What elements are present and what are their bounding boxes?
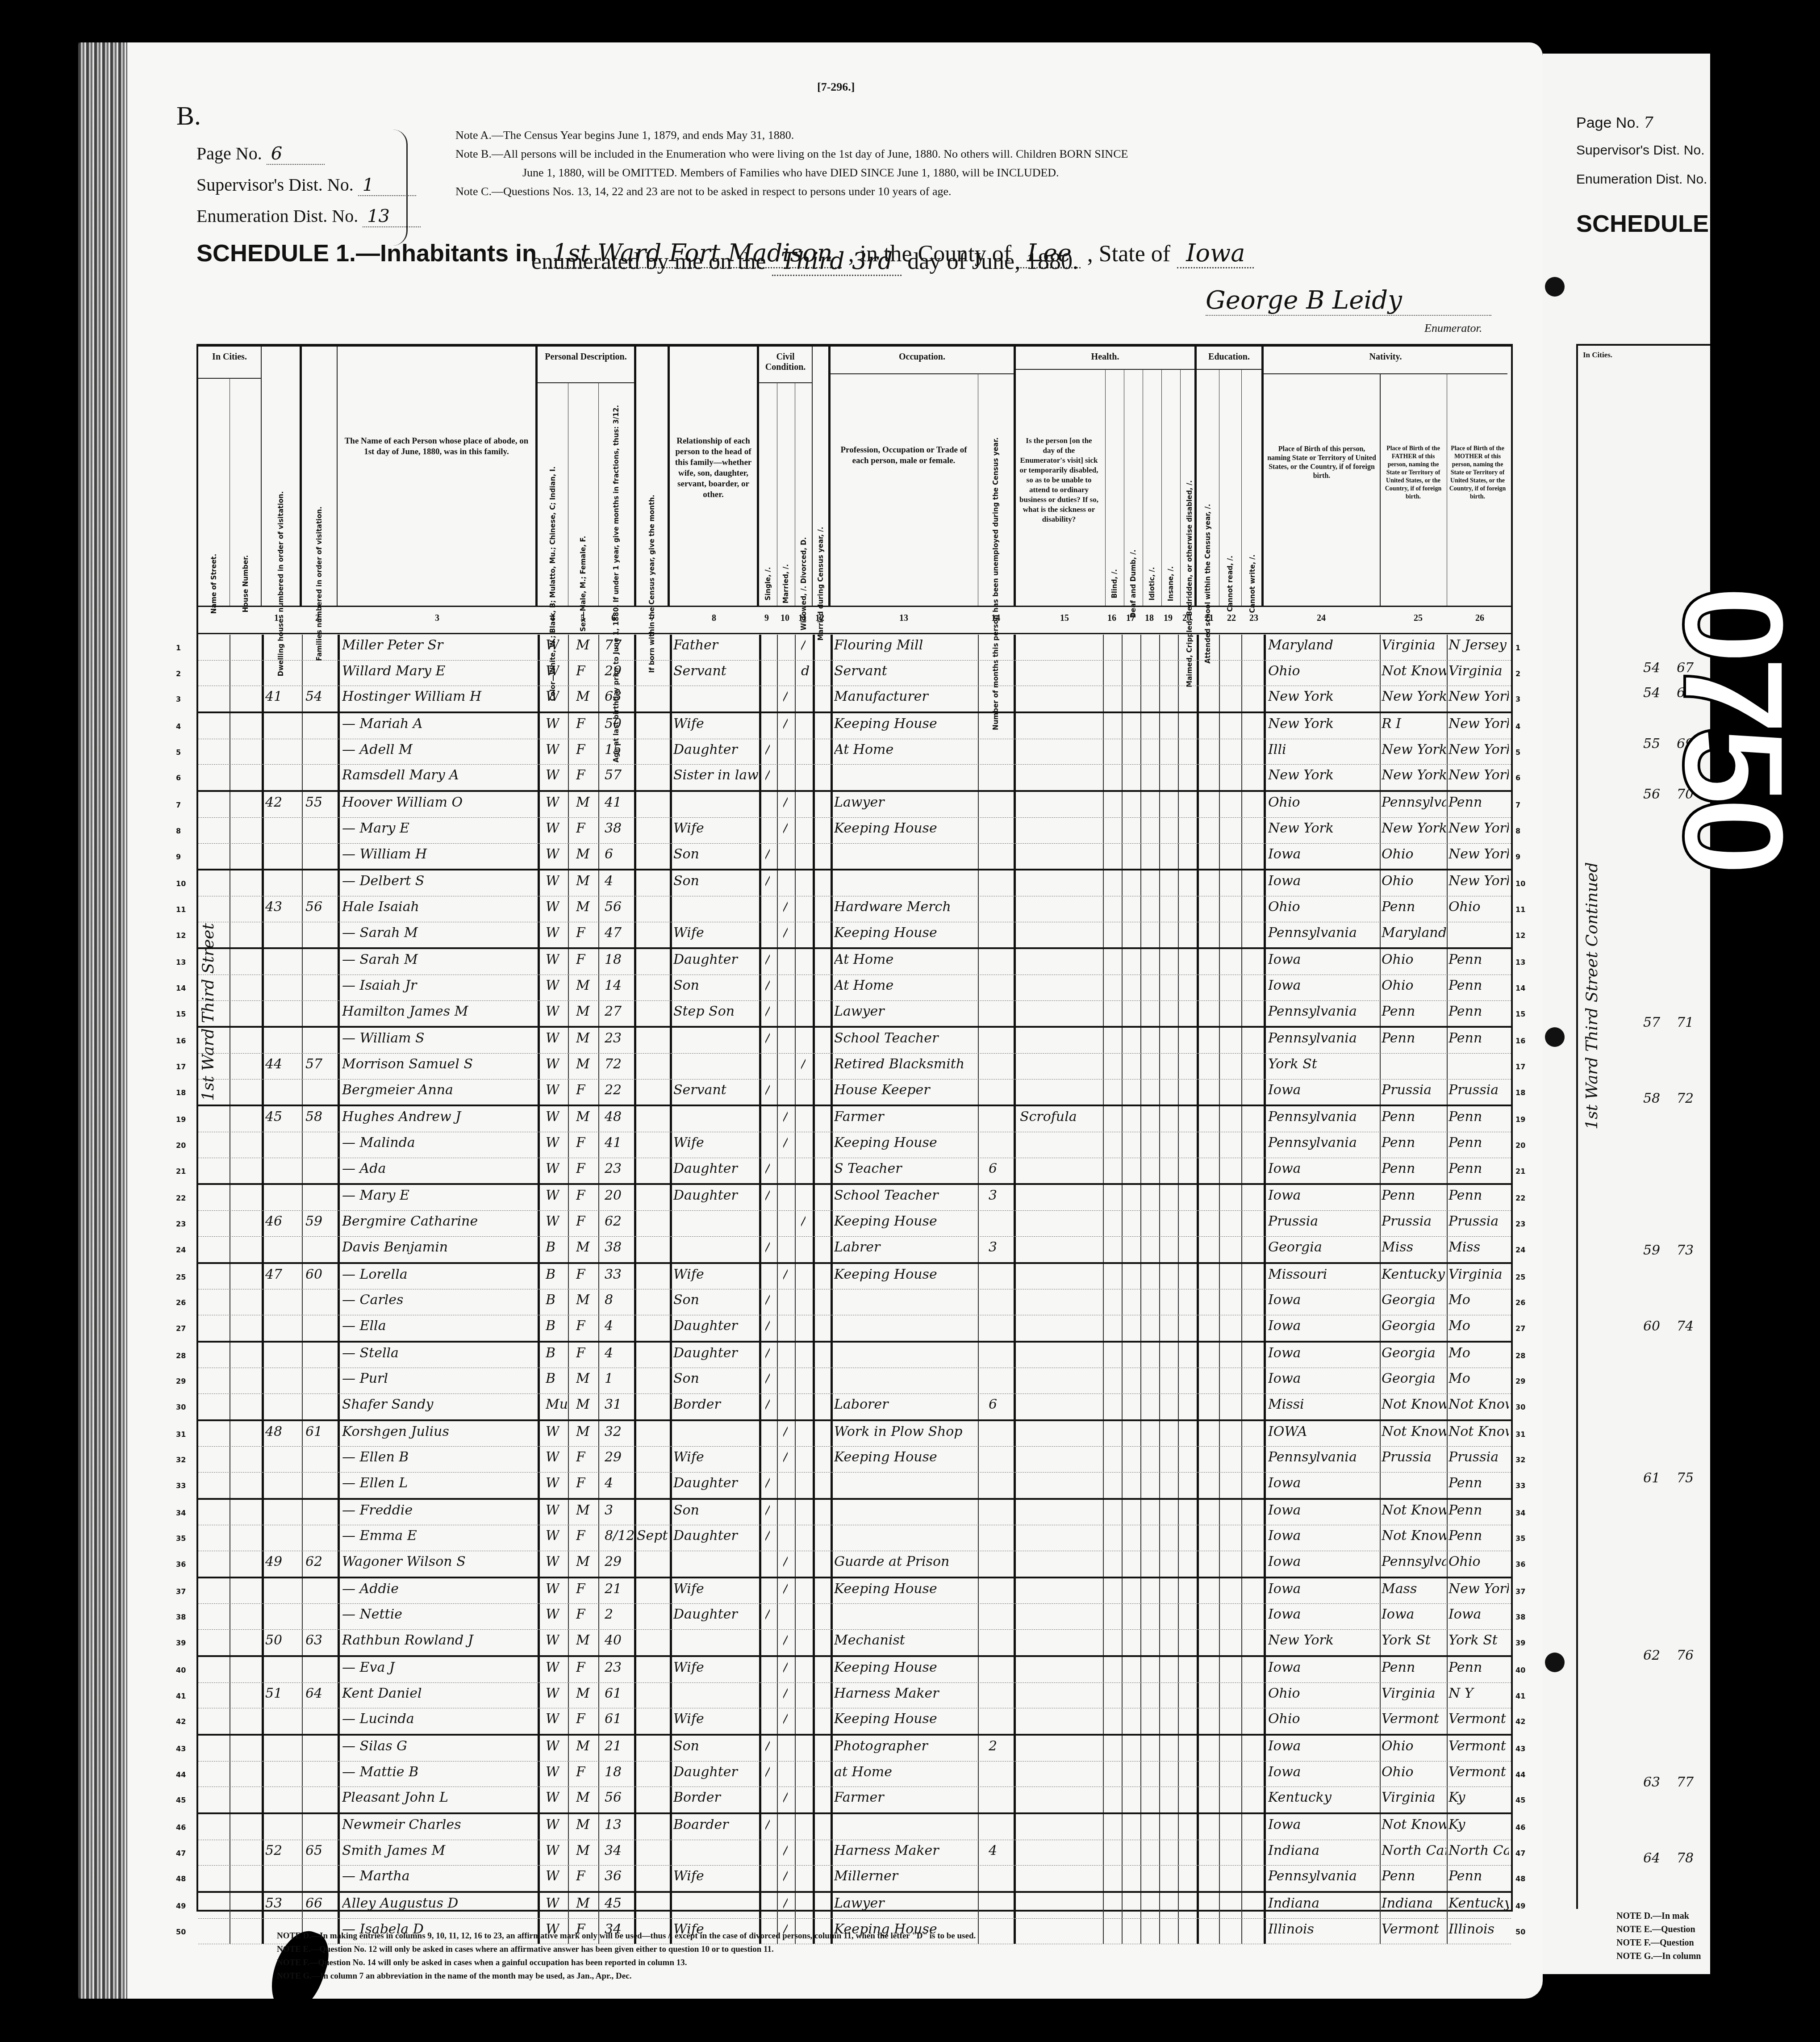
cell-mother-birth: N Jersey bbox=[1448, 637, 1509, 653]
column-divider bbox=[1159, 896, 1160, 922]
column-divider bbox=[831, 1630, 833, 1655]
occupation-col-label: Profession, Occupation or Trade of each … bbox=[834, 445, 973, 466]
table-row: 774255Hoover William OWM41/LawyerOhioPen… bbox=[198, 792, 1511, 818]
cell-birthplace: Georgia bbox=[1268, 1239, 1380, 1255]
column-divider bbox=[978, 1893, 979, 1918]
footnote-g: NOTE G.—In column 7 an abbreviation in t… bbox=[277, 1970, 1348, 1983]
column-divider bbox=[1014, 896, 1016, 922]
column-divider bbox=[670, 1866, 672, 1891]
column-divider bbox=[302, 949, 303, 975]
column-divider bbox=[1140, 1814, 1141, 1840]
column-divider bbox=[538, 1368, 540, 1393]
column-divider bbox=[1140, 1237, 1141, 1262]
column-divider bbox=[1219, 739, 1220, 765]
column-divider bbox=[1197, 635, 1199, 660]
column-divider bbox=[1197, 1551, 1199, 1577]
nativity-group-label: Nativity. bbox=[1264, 352, 1507, 362]
column-divider bbox=[813, 1708, 815, 1734]
column-divider bbox=[1241, 1001, 1242, 1026]
column-divider bbox=[262, 1866, 264, 1891]
column-divider bbox=[670, 1421, 672, 1447]
column-divider bbox=[1219, 713, 1220, 739]
cell-occupation: Keeping House bbox=[834, 1660, 977, 1675]
column-divider bbox=[1140, 661, 1141, 686]
table-row: 41415164Kent DanielWM61/Harness MakerOhi… bbox=[198, 1683, 1511, 1709]
column-divider bbox=[538, 1315, 540, 1341]
cell-married: / bbox=[783, 925, 788, 941]
column-divider bbox=[1264, 1158, 1266, 1184]
column-divider bbox=[978, 1368, 979, 1393]
column-divider bbox=[1159, 1394, 1160, 1419]
cell-birthplace: Pennsylvania bbox=[1268, 1868, 1380, 1884]
cell-sex: M bbox=[576, 1397, 590, 1412]
column-divider bbox=[1197, 1840, 1199, 1866]
table-row: 88— Mary EWF38Wife/Keeping HouseNew York… bbox=[198, 818, 1511, 844]
column-divider bbox=[831, 1604, 833, 1629]
column-divider bbox=[302, 1132, 303, 1158]
line-number-right: 35 bbox=[1515, 1534, 1525, 1543]
cell-age: 23 bbox=[605, 1660, 622, 1675]
column-divider bbox=[759, 1421, 761, 1447]
column-divider bbox=[302, 1447, 303, 1472]
column-divider bbox=[813, 818, 815, 843]
column-divider bbox=[1014, 1630, 1016, 1655]
column-divider bbox=[813, 1237, 815, 1262]
column-divider bbox=[978, 1683, 979, 1708]
column-divider bbox=[759, 1211, 761, 1236]
line-number: 27 bbox=[176, 1324, 186, 1333]
column-divider bbox=[831, 1421, 833, 1447]
cell-married: / bbox=[783, 716, 788, 732]
cell-sex: M bbox=[576, 1632, 590, 1648]
cell-father-birth: Penn bbox=[1382, 1660, 1446, 1675]
cell-color: B bbox=[546, 1371, 555, 1386]
cell-age: 61 bbox=[605, 1711, 622, 1727]
line-number: 34 bbox=[176, 1509, 186, 1517]
column-divider bbox=[1447, 1001, 1448, 1026]
column-divider bbox=[598, 1315, 599, 1341]
column-divider bbox=[598, 975, 599, 1000]
cell-age: 31 bbox=[605, 1397, 622, 1412]
cell-mother-birth: Mo bbox=[1448, 1292, 1509, 1308]
sickness-col-label: Is the person [on the day of the Enumera… bbox=[1019, 436, 1098, 524]
column-divider bbox=[262, 1421, 264, 1447]
column-divider bbox=[598, 1001, 599, 1026]
column-divider bbox=[777, 949, 778, 975]
cell-family: 57 bbox=[305, 1056, 322, 1072]
column-divider bbox=[568, 1657, 569, 1682]
column-divider bbox=[1197, 1237, 1199, 1262]
column-divider bbox=[1197, 818, 1199, 843]
column-divider bbox=[634, 1840, 636, 1866]
column-divider bbox=[1103, 1500, 1104, 1525]
column-divider bbox=[1447, 1080, 1448, 1105]
cell-birthplace: Ohio bbox=[1268, 1711, 1380, 1727]
column-divider bbox=[598, 922, 599, 948]
column-divider bbox=[538, 1158, 540, 1184]
cell-father-birth: Not Known bbox=[1382, 1817, 1446, 1833]
column-divider bbox=[302, 635, 303, 660]
column-divider bbox=[1197, 1421, 1199, 1447]
column-number-row: 1 2 3 4 5 6 7 8 9 10 11 12 13 14 15 16 1… bbox=[198, 606, 1511, 634]
column-divider bbox=[1140, 1132, 1141, 1158]
cell-name: — Mary E bbox=[342, 820, 534, 836]
column-divider bbox=[831, 1578, 833, 1604]
column-divider bbox=[1197, 1657, 1199, 1682]
column-divider bbox=[1122, 1132, 1123, 1158]
column-divider bbox=[1264, 844, 1266, 869]
health-group-label: Health. bbox=[1016, 352, 1194, 362]
column-divider bbox=[759, 1604, 761, 1629]
column-divider bbox=[1103, 1630, 1104, 1655]
column-divider bbox=[1264, 1343, 1266, 1368]
cell-birthplace: Maryland bbox=[1268, 637, 1380, 653]
table-row: 99— William HWM6Son/IowaOhioNew York bbox=[198, 844, 1511, 871]
cell-father-birth: New York bbox=[1382, 689, 1446, 704]
column-divider bbox=[1178, 792, 1179, 817]
table-row: 1414— Isaiah JrWM14Son/At HomeIowaOhioPe… bbox=[198, 975, 1511, 1001]
cell-name: Pleasant John L bbox=[342, 1790, 534, 1805]
column-divider bbox=[598, 1525, 599, 1551]
column-divider bbox=[338, 896, 340, 922]
cell-married: / bbox=[783, 1135, 788, 1151]
column-divider bbox=[230, 1343, 230, 1368]
column-divider bbox=[634, 686, 636, 711]
column-divider bbox=[538, 1814, 540, 1840]
column-divider bbox=[1122, 1525, 1123, 1551]
cell-age: 8 bbox=[605, 1292, 613, 1308]
column-divider bbox=[230, 1736, 230, 1761]
column-divider bbox=[831, 922, 833, 948]
cell-birthplace: Iowa bbox=[1268, 1292, 1380, 1308]
column-divider bbox=[1197, 975, 1199, 1000]
column-divider bbox=[538, 1421, 540, 1447]
column-divider bbox=[262, 1106, 264, 1132]
line-number-right: 43 bbox=[1515, 1745, 1525, 1753]
column-divider bbox=[1219, 661, 1220, 686]
column-divider bbox=[1178, 1578, 1179, 1604]
cell-single: / bbox=[765, 1502, 770, 1518]
column-divider bbox=[813, 1368, 815, 1393]
column-divider bbox=[1159, 739, 1160, 765]
column-divider bbox=[1159, 1132, 1160, 1158]
column-divider bbox=[1447, 818, 1448, 843]
cell-birthplace: Pennsylvania bbox=[1268, 1030, 1380, 1046]
cell-sex: M bbox=[576, 846, 590, 862]
col-num-18: 18 bbox=[1145, 613, 1154, 623]
column-divider bbox=[1380, 1421, 1381, 1447]
cell-dwelling: 50 bbox=[265, 1632, 282, 1648]
column-divider bbox=[634, 1132, 636, 1158]
sheet-letter: B. bbox=[176, 100, 201, 131]
line-number: 32 bbox=[176, 1456, 186, 1464]
column-divider bbox=[1380, 1158, 1381, 1184]
cell-married: / bbox=[783, 1868, 788, 1884]
cell-single: / bbox=[765, 1161, 770, 1176]
column-divider bbox=[302, 739, 303, 765]
cell-occupation: Keeping House bbox=[834, 1267, 977, 1282]
line-number-right: 15 bbox=[1515, 1010, 1525, 1018]
cell-age: 48 bbox=[605, 1109, 622, 1125]
column-divider bbox=[230, 1054, 230, 1079]
cell-age: 45 bbox=[605, 1896, 622, 1911]
column-divider bbox=[1140, 1315, 1141, 1341]
column-divider bbox=[1380, 896, 1381, 922]
column-divider bbox=[1219, 1368, 1220, 1393]
table-row: 11114356Hale IsaiahWM56/Hardware MerchOh… bbox=[198, 896, 1511, 922]
column-divider bbox=[1014, 870, 1016, 896]
column-divider bbox=[1447, 1630, 1448, 1655]
cell-widowed: / bbox=[801, 637, 806, 653]
column-divider bbox=[777, 1736, 778, 1761]
table-row: 4848— MarthaWF36Wife/MillernerPennsylvan… bbox=[198, 1866, 1511, 1893]
column-divider bbox=[634, 896, 636, 922]
column-divider bbox=[262, 949, 264, 975]
col-num-10: 10 bbox=[781, 613, 789, 623]
column-divider bbox=[598, 818, 599, 843]
column-divider bbox=[813, 1736, 815, 1761]
column-divider bbox=[262, 1264, 264, 1289]
column-divider bbox=[538, 686, 540, 711]
column-divider bbox=[262, 1132, 264, 1158]
cell-sex: F bbox=[576, 1607, 585, 1622]
column-divider bbox=[1122, 1657, 1123, 1682]
column-divider bbox=[1122, 1630, 1123, 1655]
column-divider bbox=[831, 1315, 833, 1341]
column-divider bbox=[759, 765, 761, 790]
column-divider bbox=[1380, 1551, 1381, 1577]
column-divider bbox=[634, 818, 636, 843]
column-divider bbox=[538, 1893, 540, 1918]
column-divider bbox=[568, 686, 569, 711]
column-divider bbox=[230, 1919, 230, 1944]
column-divider bbox=[1219, 1893, 1220, 1918]
column-divider bbox=[831, 1762, 833, 1787]
column-divider bbox=[978, 635, 979, 660]
column-divider bbox=[795, 1264, 796, 1289]
column-divider bbox=[634, 1106, 636, 1132]
cell-relation: Sister in law bbox=[673, 767, 758, 783]
civil-group-label: Civil Condition. bbox=[759, 352, 812, 372]
line-number: 49 bbox=[176, 1902, 186, 1910]
column-divider bbox=[230, 1185, 230, 1210]
cell-single: / bbox=[765, 1738, 770, 1754]
column-divider bbox=[1219, 1343, 1220, 1368]
column-divider bbox=[538, 922, 540, 948]
column-divider bbox=[1014, 1315, 1016, 1341]
column-divider bbox=[538, 1447, 540, 1472]
table-row: 22Willard Mary EWF29ServantdServantOhioN… bbox=[198, 661, 1511, 686]
column-divider bbox=[230, 1080, 230, 1105]
cell-birthplace: Prussia bbox=[1268, 1213, 1380, 1229]
column-divider bbox=[1241, 1368, 1242, 1393]
column-divider bbox=[1241, 818, 1242, 843]
column-divider bbox=[777, 1315, 778, 1341]
cell-mother-birth: Prussia bbox=[1448, 1449, 1509, 1465]
next-family-number: 78 bbox=[1677, 1850, 1708, 1866]
column-divider bbox=[777, 1237, 778, 1262]
column-divider bbox=[1178, 922, 1179, 948]
column-divider bbox=[795, 661, 796, 686]
column-divider bbox=[670, 975, 672, 1000]
cell-sex: M bbox=[576, 1030, 590, 1046]
column-divider bbox=[598, 1080, 599, 1105]
column-divider bbox=[1103, 739, 1104, 765]
cell-birthplace: New York bbox=[1268, 767, 1380, 783]
cell-sex: M bbox=[576, 1686, 590, 1701]
line-number: 16 bbox=[176, 1037, 186, 1045]
supervisor-label: Supervisor's Dist. No. bbox=[196, 175, 354, 195]
column-divider bbox=[759, 870, 761, 896]
column-divider bbox=[302, 870, 303, 896]
column-divider bbox=[598, 1289, 599, 1315]
column-divider bbox=[831, 844, 833, 869]
column-divider bbox=[1159, 1158, 1160, 1184]
column-divider bbox=[978, 1264, 979, 1289]
column-divider bbox=[831, 1500, 833, 1525]
column-divider bbox=[568, 1028, 569, 1053]
column-divider bbox=[1219, 1158, 1220, 1184]
cell-father-birth: Vermont bbox=[1382, 1921, 1446, 1937]
column-divider bbox=[670, 1736, 672, 1761]
column-divider bbox=[1159, 1893, 1160, 1918]
cell-relation: Servant bbox=[673, 1082, 758, 1098]
column-divider bbox=[670, 792, 672, 817]
column-divider bbox=[831, 1237, 833, 1262]
cell-color: W bbox=[546, 1109, 559, 1125]
column-divider bbox=[813, 1106, 815, 1132]
cell-married: / bbox=[783, 1632, 788, 1648]
cell-single: / bbox=[765, 742, 770, 757]
column-divider bbox=[1380, 1578, 1381, 1604]
column-divider bbox=[338, 686, 340, 711]
column-divider bbox=[568, 1421, 569, 1447]
column-divider bbox=[1140, 1736, 1141, 1761]
column-divider bbox=[1103, 1551, 1104, 1577]
column-divider bbox=[538, 1343, 540, 1368]
column-divider bbox=[813, 949, 815, 975]
column-divider bbox=[1447, 765, 1448, 790]
column-divider bbox=[813, 1525, 815, 1551]
column-divider bbox=[795, 1394, 796, 1419]
cell-dwelling: 43 bbox=[265, 899, 282, 915]
column-divider bbox=[1447, 844, 1448, 869]
column-divider bbox=[538, 1604, 540, 1629]
cell-sex: M bbox=[576, 1738, 590, 1754]
column-divider bbox=[538, 1289, 540, 1315]
column-divider bbox=[1264, 975, 1266, 1000]
column-divider bbox=[1178, 1158, 1179, 1184]
column-divider bbox=[795, 1315, 796, 1341]
column-divider bbox=[759, 1394, 761, 1419]
column-divider bbox=[831, 818, 833, 843]
cell-sex: F bbox=[576, 767, 585, 783]
column-divider bbox=[670, 1525, 672, 1551]
cell-sex: F bbox=[576, 1528, 585, 1544]
column-divider bbox=[1014, 739, 1016, 765]
column-divider bbox=[1178, 739, 1179, 765]
cell-single: / bbox=[765, 1345, 770, 1361]
column-divider bbox=[1380, 1473, 1381, 1498]
cell-age: 18 bbox=[605, 952, 622, 967]
column-divider bbox=[568, 1211, 569, 1236]
cell-age: 3 bbox=[605, 1502, 613, 1518]
cell-married: / bbox=[783, 1449, 788, 1465]
column-divider bbox=[1103, 1893, 1104, 1918]
column-divider bbox=[1103, 1683, 1104, 1708]
column-divider bbox=[1219, 765, 1220, 790]
column-divider bbox=[1014, 713, 1016, 739]
column-divider bbox=[230, 1762, 230, 1787]
cell-mother-birth: Penn bbox=[1448, 978, 1509, 993]
cell-age: 23 bbox=[605, 1161, 622, 1176]
cell-birthplace: Iowa bbox=[1268, 1345, 1380, 1361]
column-divider bbox=[813, 1080, 815, 1105]
column-divider bbox=[230, 739, 230, 765]
column-divider bbox=[1014, 1343, 1016, 1368]
cell-birthplace: Iowa bbox=[1268, 1082, 1380, 1098]
col-num-7: 7 bbox=[650, 613, 655, 623]
column-divider bbox=[1447, 922, 1448, 948]
column-divider bbox=[1122, 686, 1123, 711]
column-divider bbox=[1014, 1185, 1016, 1210]
cell-sex: M bbox=[576, 1109, 590, 1125]
column-divider bbox=[262, 1893, 264, 1918]
cell-color: W bbox=[546, 767, 559, 783]
column-divider bbox=[1264, 1289, 1266, 1315]
cell-age: 56 bbox=[605, 1790, 622, 1805]
cell-relation: Wife bbox=[673, 820, 758, 836]
column-divider bbox=[634, 1289, 636, 1315]
column-divider bbox=[1264, 1054, 1266, 1079]
column-divider bbox=[1159, 1578, 1160, 1604]
column-divider bbox=[230, 870, 230, 896]
cell-occupation: Keeping House bbox=[834, 1711, 977, 1727]
table-row: 11Miller Peter SrWM77Father/Flouring Mil… bbox=[198, 635, 1511, 661]
column-divider bbox=[831, 661, 833, 686]
cell-age: 2 bbox=[605, 1607, 613, 1622]
column-divider bbox=[1014, 1421, 1016, 1447]
column-divider bbox=[230, 1289, 230, 1315]
column-divider bbox=[598, 1683, 599, 1708]
column-divider bbox=[1103, 1132, 1104, 1158]
column-divider bbox=[302, 1840, 303, 1866]
column-divider bbox=[634, 661, 636, 686]
cell-age: 4 bbox=[605, 1318, 613, 1334]
column-divider bbox=[634, 1736, 636, 1761]
cell-mother-birth: Ohio bbox=[1448, 1554, 1509, 1569]
cell-father-birth: Penn bbox=[1382, 1868, 1446, 1884]
column-divider bbox=[1178, 1106, 1179, 1132]
column-divider bbox=[813, 1683, 815, 1708]
column-divider bbox=[302, 1500, 303, 1525]
column-divider bbox=[1159, 1001, 1160, 1026]
column-divider bbox=[1140, 1394, 1141, 1419]
cell-name: Kent Daniel bbox=[342, 1686, 534, 1701]
column-divider bbox=[759, 1028, 761, 1053]
column-divider bbox=[1122, 1343, 1123, 1368]
column-divider bbox=[670, 1473, 672, 1498]
column-divider bbox=[262, 1080, 264, 1105]
column-divider bbox=[1380, 1106, 1381, 1132]
column-divider bbox=[831, 1525, 833, 1551]
column-divider bbox=[813, 1630, 815, 1655]
column-divider bbox=[338, 1814, 340, 1840]
column-divider bbox=[1103, 896, 1104, 922]
column-divider bbox=[759, 844, 761, 869]
cell-sickness: Scrofula bbox=[1020, 1109, 1105, 1125]
line-number-right: 32 bbox=[1515, 1456, 1525, 1464]
